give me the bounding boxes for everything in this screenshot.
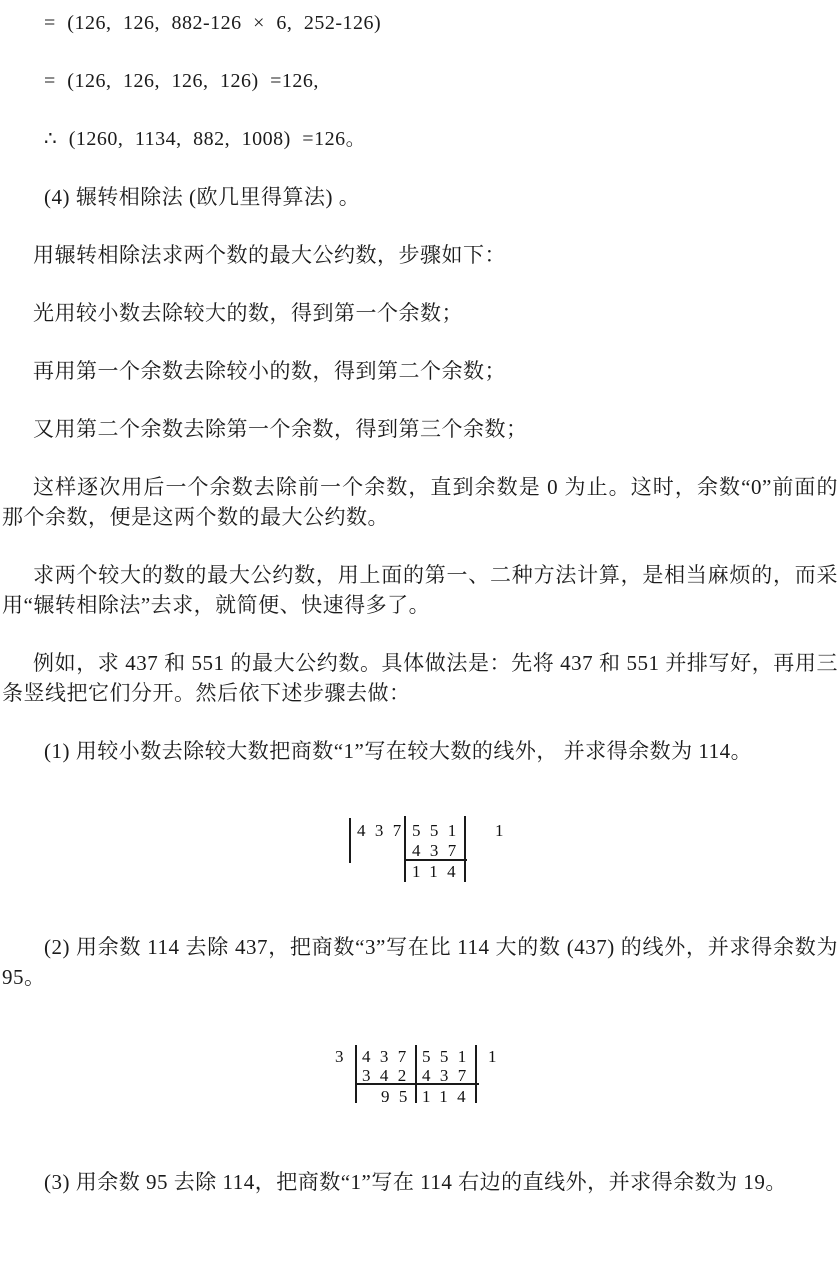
equation-line-1: = (126, 126, 882-126 × 6, 252-126) — [2, 8, 838, 38]
d1-dividend: 551 — [412, 822, 466, 839]
d2-left-product: 342 — [362, 1067, 416, 1084]
d2-right-product: 437 — [422, 1067, 476, 1084]
explanation-stop-condition: 这样逐次用后一个余数去除前一个余数，直到余数是 0 为止。这时，余数“0”前面的… — [2, 472, 838, 532]
d1-divisor: 437 — [357, 822, 411, 839]
example-setup: 例如，求 437 和 551 的最大公约数。具体做法是：先将 437 和 551… — [2, 648, 838, 708]
equation-conclusion: ∴ (1260, 1134, 882, 1008) =126。 — [2, 124, 838, 154]
document-page: { "page": { "background": "#ffffff", "te… — [0, 0, 840, 1270]
example-step-1: (1) 用较小数去除较大数把商数“1”写在较大数的线外， 并求得余数为 114。 — [2, 736, 838, 766]
example-step-3: (3) 用余数 95 去除 114，把商数“1”写在 114 右边的直线外，并求… — [2, 1167, 838, 1197]
division-diagram-1: 437 551 437 114 1 — [349, 816, 519, 882]
d1-product: 437 — [412, 842, 466, 859]
heading-method-4: (4) 辗转相除法 (欧几里得算法) 。 — [2, 182, 838, 212]
example-step-2: (2) 用余数 114 去除 437，把商数“3”写在比 114 大的数 (43… — [2, 932, 838, 992]
d2-quotient-right: 1 — [488, 1048, 497, 1065]
d1-left-bar — [349, 818, 351, 863]
intro-steps: 用辗转相除法求两个数的最大公约数，步骤如下： — [2, 240, 838, 270]
d2-left-top: 437 — [362, 1048, 416, 1065]
equation-line-2: = (126, 126, 126, 126) =126, — [2, 66, 838, 96]
page-content: = (126, 126, 882-126 × 6, 252-126) = (12… — [0, 0, 840, 1197]
d2-right-remainder: 114 — [422, 1088, 475, 1105]
d2-right-top: 551 — [422, 1048, 476, 1065]
division-diagram-2: 3 437 342 95 551 437 114 1 — [335, 1045, 500, 1103]
step-third-remainder: 又用第二个余数去除第一个余数，得到第三个余数； — [2, 414, 838, 444]
d1-remainder: 114 — [412, 863, 465, 880]
step-second-remainder: 再用第一个余数去除较小的数，得到第二个余数； — [2, 356, 838, 386]
explanation-advantage: 求两个较大的数的最大公约数，用上面的第一、二种方法计算，是相当麻烦的，而采用“辗… — [2, 560, 838, 620]
step-first-remainder: 光用较小数去除较大的数，得到第一个余数； — [2, 298, 838, 328]
d2-left-remainder: 95 — [381, 1088, 417, 1105]
d2-left-bar — [355, 1045, 357, 1103]
d1-quotient-right: 1 — [495, 822, 504, 839]
d2-quotient-left: 3 — [335, 1048, 344, 1065]
